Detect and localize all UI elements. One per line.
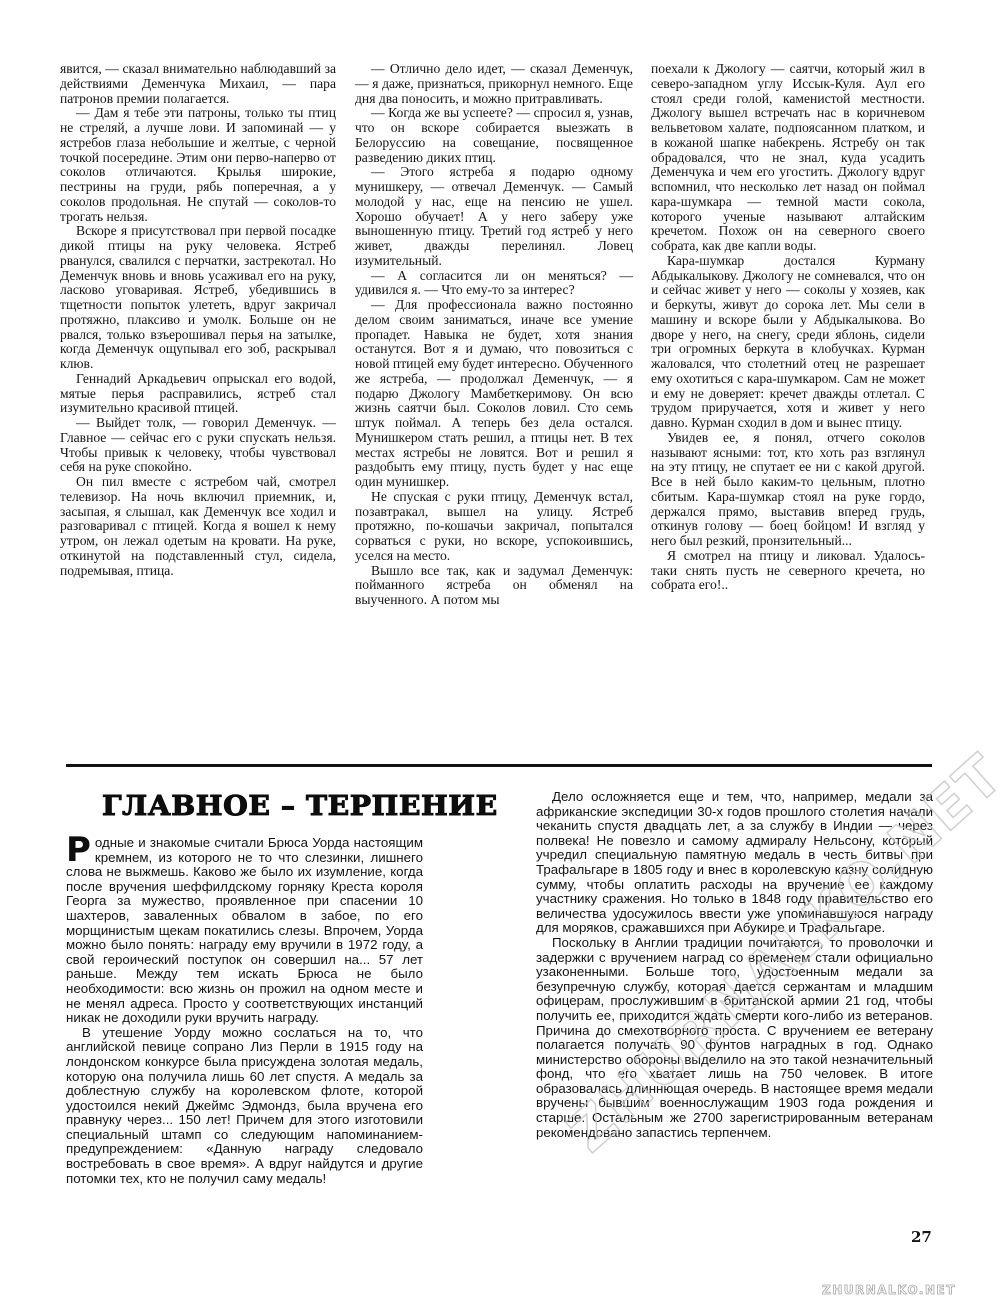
- article-headline: ГЛАВНОЕ – ТЕРПЕНИЕ: [102, 791, 498, 822]
- paragraph: — Этого ястреба я подарю одному мунишкер…: [355, 165, 633, 268]
- story2-column-2: Дело осложняется еще и тем, что, наприме…: [536, 790, 933, 1140]
- paragraph: — Когда же вы успеете? — спросил я, узна…: [355, 106, 633, 165]
- story1-column-3: поехали к Джологу — саятчи, который жил …: [651, 62, 925, 593]
- paragraph: Он пил вместе с ястребом чай, смотрел те…: [60, 475, 336, 578]
- story1-column-1: явится, — сказал внимательно наблюдавший…: [60, 62, 336, 578]
- paragraph: Увидев ее, я понял, отчего соколов назыв…: [651, 431, 925, 549]
- paragraph: — Отлично дело идет, — сказал Деменчук, …: [355, 62, 633, 106]
- paragraph-text: одные и знакомые считали Брюса Уорда нас…: [66, 835, 423, 1025]
- paragraph: Дело осложняется еще и тем, что, наприме…: [536, 790, 933, 936]
- watermark-footer: ZHURNALKO.NET: [822, 1283, 956, 1297]
- paragraph: Поскольку в Англии традиции почитаются, …: [536, 936, 933, 1140]
- page-number: 27: [911, 1228, 932, 1246]
- paragraph: В утешение Уорду можно сослаться на то, …: [66, 1026, 423, 1187]
- paragraph: Не спуская с руки птицу, Деменчук встал,…: [355, 490, 633, 564]
- paragraph: Вышло все так, как и задумал Деменчук: п…: [355, 564, 633, 608]
- paragraph: Геннадий Аркадьевич опрыскал его водой, …: [60, 372, 336, 416]
- paragraph: Вскоре я присутствовал при первой посадк…: [60, 224, 336, 372]
- paragraph: — Для профессионала важно постоянно дело…: [355, 298, 633, 490]
- drop-cap: Р: [66, 837, 91, 864]
- paragraph: явится, — сказал внимательно наблюдавший…: [60, 62, 336, 106]
- paragraph: — Дам я тебе эти патроны, только ты птиц…: [60, 106, 336, 224]
- paragraph: — Выйдет толк, — говорил Деменчук. — Гла…: [60, 416, 336, 475]
- paragraph: Я смотрел на птицу и ликовал. Удалось-та…: [651, 549, 925, 593]
- paragraph: — А согласится ли он меняться? — удивилс…: [355, 269, 633, 299]
- paragraph: поехали к Джологу — саятчи, который жил …: [651, 62, 925, 254]
- story1-column-2: — Отлично дело идет, — сказал Деменчук, …: [355, 62, 633, 608]
- magazine-page: явится, — сказал внимательно наблюдавший…: [0, 0, 1000, 1309]
- paragraph: Кара-шумкар достался Курману Абдыкалыков…: [651, 254, 925, 431]
- story2-column-1: Родные и знакомые считали Брюса Уорда на…: [66, 836, 423, 1186]
- paragraph: Родные и знакомые считали Брюса Уорда на…: [66, 836, 423, 1026]
- section-divider: [66, 764, 932, 767]
